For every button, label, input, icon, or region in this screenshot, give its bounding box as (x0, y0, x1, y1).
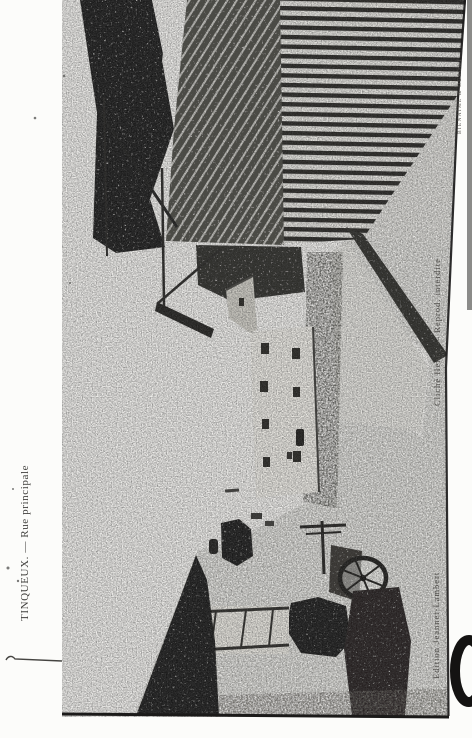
ink-c-mark (455, 640, 472, 702)
fold-line (6, 656, 62, 661)
card-edge-shadow (467, 0, 472, 310)
photo-halftone-scene (62, 0, 466, 717)
credit-photographer: Cliché Henry — Reprod. interdite (433, 258, 442, 406)
caption-tinqueux: TINQUEUX. — Rue principale (20, 465, 31, 621)
postcard-photo (0, 0, 472, 738)
credit-publisher: Edition Jeannet-Lambert (432, 572, 441, 679)
margin-specks (7, 75, 72, 582)
scan-grain (62, 0, 466, 717)
postcard: TINQUEUX. — Rue principale BIENAIMÉ & DU… (0, 0, 472, 738)
credit-printer: BIENAIMÉ & DUPONT (458, 57, 464, 134)
